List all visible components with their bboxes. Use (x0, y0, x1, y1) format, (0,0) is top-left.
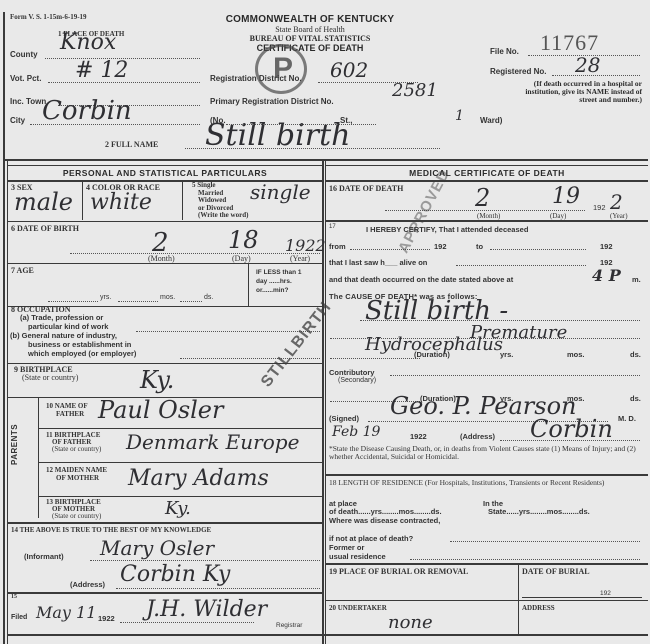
dod-label: 16 DATE OF DEATH (329, 184, 403, 193)
death-occurred: and that death occurred on the date stat… (329, 275, 513, 284)
personal-heading: PERSONAL AND STATISTICAL PARTICULARS (8, 168, 322, 178)
dod-year-caption: (Year) (610, 212, 628, 220)
dob-line (70, 253, 320, 254)
duration-label: (Duration) (414, 350, 450, 359)
mother-name-value[interactable]: Mary Adams (128, 466, 269, 491)
burial-date-line (522, 597, 642, 598)
age-less-line: day ......hrs. (256, 277, 302, 286)
signed-year: 1922 (410, 432, 427, 441)
marital-label: 5 Single Married Widowed or Divorced (Wr… (192, 182, 248, 220)
dod-month[interactable]: 2 (475, 184, 490, 212)
primary-reg-label: Primary Registration District No. (210, 97, 334, 106)
dob-label: 6 DATE OF BIRTH (11, 224, 79, 233)
form-number: Form V. S. 1-15m-6-19-19 (10, 13, 87, 21)
rule (38, 428, 322, 429)
informant-address-label: (Address) (70, 580, 105, 589)
m-label: m. (632, 275, 641, 284)
age-ds: ds. (204, 294, 213, 301)
rule (38, 462, 322, 463)
dod-year-suffix[interactable]: 2 (610, 190, 623, 214)
rule (326, 220, 648, 222)
mother-name-label: 12 MAIDEN NAME (46, 466, 107, 474)
occupation-a2: particular kind of work (20, 322, 136, 331)
p-stamp-letter: P (273, 52, 293, 86)
of-death: of death......yrs........mos........ds. (329, 507, 442, 516)
father-name-value[interactable]: Paul Osler (98, 396, 223, 424)
dod-day-caption: (Day) (550, 212, 566, 220)
if-not: if not at place of death? (329, 534, 413, 543)
father-name-label: 10 NAME OF (46, 402, 88, 410)
age-mos: mos. (160, 294, 175, 301)
parents-label: PARENTS (10, 424, 19, 465)
from-year: 192 (434, 242, 447, 251)
dob-day-caption: (Day) (232, 254, 251, 263)
bureau: BUREAU OF VITAL STATISTICS (200, 34, 420, 43)
occupation-a-line (136, 331, 320, 332)
city-value[interactable]: Corbin (42, 96, 132, 126)
file-no-label: File No. (490, 47, 519, 56)
sex-value[interactable]: male (14, 188, 73, 216)
informant-line (90, 560, 320, 561)
time-value[interactable]: 4 P (592, 266, 621, 285)
mother-birth-value[interactable]: Ky. (165, 498, 191, 519)
footnote: *State the Disease Causing Death, or, in… (329, 445, 643, 461)
occupation-b-line (180, 358, 320, 359)
burial-date-label: DATE OF BURIAL (522, 567, 590, 576)
last-saw-line (456, 265, 586, 266)
street-label: (No. (210, 116, 226, 125)
city-label: City (10, 116, 25, 125)
medical-heading: MEDICAL CERTIFICATE OF DEATH (326, 168, 648, 178)
md-label: M. D. (618, 414, 636, 423)
certify-number: 17 (329, 224, 336, 230)
duration-yrs: yrs. (500, 350, 513, 359)
ward-value[interactable]: 1 (455, 108, 464, 124)
to-label: to (476, 242, 483, 251)
if-not-line (450, 541, 640, 542)
occupation-a: (a) Trade, profession or (20, 313, 136, 322)
divider (248, 264, 249, 306)
from-label: from (329, 242, 346, 251)
to-line (490, 249, 586, 250)
undertaker-address-label: ADDRESS (522, 604, 555, 612)
inc-town-label: Inc. Town (10, 97, 46, 106)
age-ds-line (180, 301, 202, 302)
filed-label: Filed (11, 614, 27, 621)
divider (182, 182, 183, 220)
age-less-line: IF LESS than 1 (256, 268, 302, 277)
age-less-line: or......min? (256, 286, 302, 295)
registrar-line (120, 622, 254, 623)
top-section-rule (3, 159, 648, 161)
contrib-duration-ds: ds. (630, 394, 641, 403)
rule (326, 474, 648, 476)
dod-month-caption: (Month) (477, 212, 500, 220)
ward-label: Ward) (480, 116, 502, 125)
residence-heading: 18 LENGTH OF RESIDENCE (For Hospitals, I… (329, 478, 643, 487)
center-divider (322, 160, 324, 644)
informant-heading: 14 THE ABOVE IS TRUE TO THE BEST OF MY K… (11, 526, 211, 534)
certificate-title: CERTIFICATE OF DEATH (200, 43, 420, 53)
street-line (226, 124, 376, 125)
usual-line (410, 559, 640, 560)
left-border (3, 12, 5, 644)
rule (8, 592, 322, 594)
center-divider-inner (325, 160, 326, 644)
rule (38, 496, 322, 497)
title-block: COMMONWEALTH OF KENTUCKY State Board of … (200, 14, 420, 53)
board: State Board of Health (200, 25, 420, 34)
father-birth-label3: (State or country) (52, 445, 101, 453)
county-label: County (10, 50, 38, 59)
secondary-label: (Secondary) (338, 377, 376, 384)
signed-address-value[interactable]: Corbin (530, 415, 613, 443)
rule (326, 600, 648, 601)
mother-name-label2: OF MOTHER (56, 474, 99, 482)
filed-number: 15 (11, 594, 17, 600)
age-label: 7 AGE (11, 266, 34, 275)
dob-year[interactable]: 1922 (285, 236, 326, 255)
occupation-b3: which employed (or employer) (20, 349, 136, 358)
birthplace-value[interactable]: Ky. (140, 366, 174, 394)
undertaker-label: 20 UNDERTAKER (329, 604, 387, 612)
marital-line: (Write the word) (192, 212, 248, 220)
st-label: St., (340, 116, 352, 125)
informant-address-value[interactable]: Corbin Ky (120, 562, 230, 587)
title: COMMONWEALTH OF KENTUCKY (200, 14, 420, 25)
informant-label: (Informant) (24, 552, 64, 561)
last-saw: that I last saw h___ alive on (329, 258, 427, 267)
mother-birth-label3: (State or country) (52, 512, 101, 520)
rule (8, 221, 322, 222)
dod-year-prefix: 192 (593, 203, 606, 212)
registered-no-value[interactable]: 28 (575, 53, 600, 77)
burial-label: 19 PLACE OF BURIAL OR REMOVAL (329, 567, 468, 576)
father-name-label2: FATHER (56, 410, 84, 418)
dod-day[interactable]: 19 (552, 184, 580, 209)
death-certificate: Form V. S. 1-15m-6-19-19 1 PLACE OF DEAT… (0, 0, 650, 644)
rule (326, 563, 648, 565)
vot-pct-label: Vot. Pct. (10, 74, 41, 83)
bottom-rule (8, 634, 648, 636)
contributory-label: Contributory (329, 368, 374, 377)
signed-address-label: (Address) (460, 432, 495, 441)
full-name-label: 2 FULL NAME (105, 140, 158, 149)
certify-text: I HEREBY CERTIFY, That I attended deceas… (366, 225, 528, 234)
dob-day[interactable]: 18 (228, 226, 259, 254)
filed-year: 1922 (98, 614, 115, 623)
primary-reg-value[interactable]: 2581 (392, 80, 438, 101)
signed-date[interactable]: Feb 19 (332, 424, 380, 440)
parents-divider (38, 398, 39, 518)
occupation-b2: business or establishment in (20, 340, 136, 349)
from-line (350, 249, 430, 250)
signed-label: (Signed) (329, 414, 359, 423)
divider (82, 182, 83, 220)
duration-ds: ds. (630, 350, 641, 359)
informant-address-line (116, 588, 320, 589)
vot-pct-value[interactable]: # 12 (75, 58, 128, 83)
usual: usual residence (329, 552, 386, 561)
registrar-value[interactable]: J.H. Wilder (146, 597, 267, 622)
reg-district-value[interactable]: 602 (330, 58, 368, 82)
rule (326, 180, 648, 182)
rule (8, 522, 322, 524)
left-border-inner (7, 160, 8, 644)
dob-month-caption: (Month) (148, 254, 175, 263)
birthplace-sub: (State or country) (22, 373, 78, 382)
duration-mos: mos. (567, 350, 585, 359)
age-less-box: IF LESS than 1 day ......hrs. or......mi… (256, 268, 302, 295)
occupation-block: (a) Trade, profession or particular kind… (20, 313, 136, 358)
undertaker-value[interactable]: none (388, 612, 433, 633)
marital-value[interactable]: single (250, 180, 311, 204)
registered-no-label: Registered No. (490, 67, 546, 76)
rule (8, 165, 322, 166)
race-value[interactable]: white (90, 190, 152, 215)
county-value[interactable]: Knox (60, 30, 116, 55)
to-year: 192 (600, 242, 613, 251)
age-mos-line (118, 301, 158, 302)
hospital-note: (If death occurred in a hospital or inst… (520, 80, 642, 104)
former: Former or (329, 543, 364, 552)
duration-line (330, 358, 420, 359)
informant-value[interactable]: Mary Osler (100, 536, 214, 560)
registrar-label: Registrar (276, 622, 302, 629)
occupation-b: (b) General nature of industry, (10, 331, 136, 340)
where-contracted: Where was disease contracted, (329, 516, 440, 525)
dob-year-caption: (Year) (290, 254, 310, 263)
rule (8, 263, 322, 264)
age-yrs-line (48, 301, 98, 302)
contributory-line (390, 375, 640, 376)
burial-year-stub: 192 (600, 590, 611, 597)
state-line: State......yrs........mos........ds. (488, 507, 590, 516)
rule (326, 165, 648, 166)
father-birth-value[interactable]: Denmark Europe (126, 430, 299, 454)
age-yrs: yrs. (100, 294, 111, 301)
filed-date[interactable]: May 11 (36, 603, 96, 622)
